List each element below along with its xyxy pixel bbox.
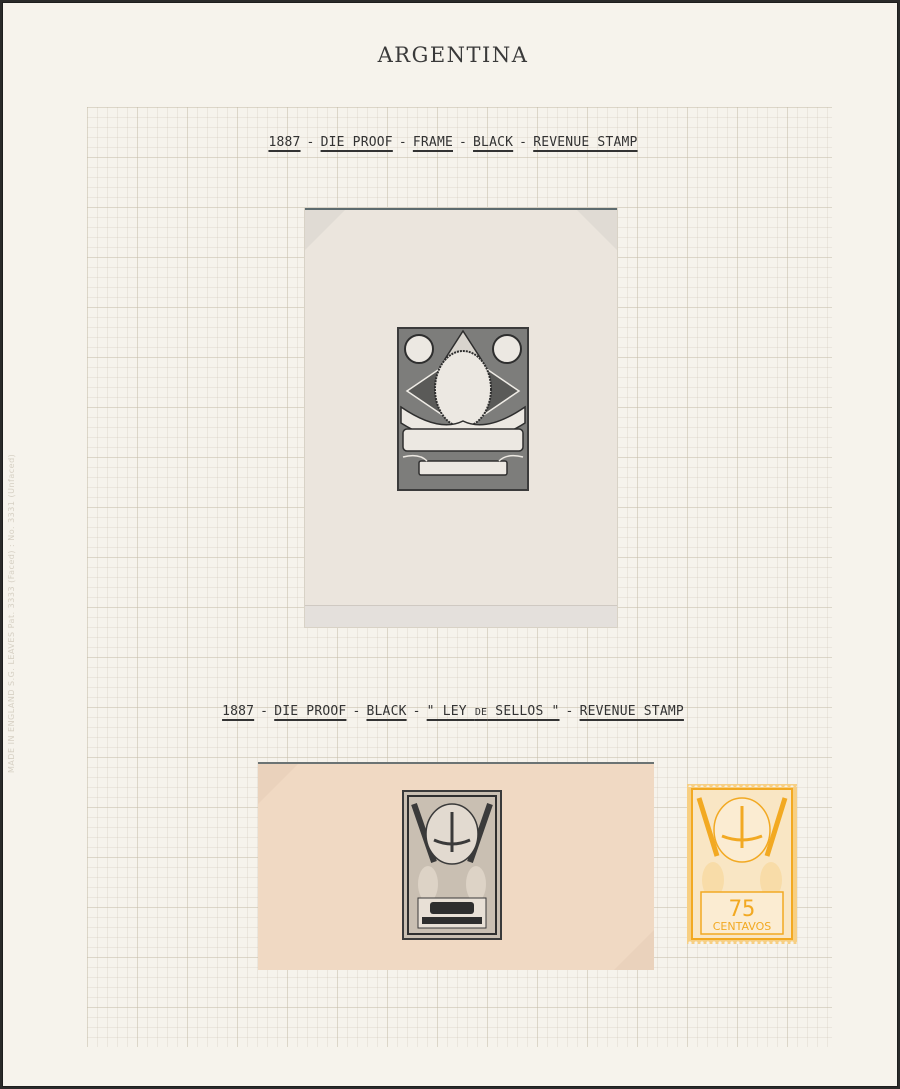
caption-year: 1887 bbox=[268, 135, 300, 150]
caption-year: 1887 bbox=[222, 704, 254, 719]
caption-ley-small: DE bbox=[475, 707, 487, 718]
mount-strip bbox=[305, 605, 617, 627]
revenue-stamp-75-centavos: 75 CENTAVOS bbox=[687, 784, 797, 944]
mount-corner-icon bbox=[614, 930, 654, 970]
ley-de-sellos-die-proof bbox=[402, 790, 502, 940]
caption-subject: " LEY DE SELLOS " bbox=[427, 704, 560, 719]
stamp-value: 75 bbox=[729, 897, 756, 922]
page-title: ARGENTINA bbox=[3, 43, 900, 67]
caption-ley-suffix: SELLOS " bbox=[487, 704, 559, 719]
frame-die-proof-card bbox=[305, 208, 617, 627]
stamp-unit: CENTAVOS bbox=[713, 920, 772, 933]
section-2-caption: 1887-DIE PROOF-BLACK-" LEY DE SELLOS "-R… bbox=[3, 704, 900, 719]
mount-corner-icon bbox=[258, 764, 298, 804]
section-1-caption: 1887-DIE PROOF-FRAME-BLACK-REVENUE STAMP bbox=[3, 135, 900, 150]
caption-type: DIE PROOF bbox=[321, 135, 393, 150]
margin-imprint: MADE IN ENGLAND S.G. LEAVES Pat. 3333 (F… bbox=[7, 454, 16, 773]
mount-corner-icon bbox=[577, 210, 617, 250]
ley-de-sellos-die-proof-card bbox=[258, 762, 654, 970]
frame-die-proof bbox=[397, 327, 529, 491]
caption-color: BLACK bbox=[473, 135, 513, 150]
caption-category: REVENUE STAMP bbox=[580, 704, 684, 719]
caption-category: REVENUE STAMP bbox=[533, 135, 637, 150]
caption-type: DIE PROOF bbox=[274, 704, 346, 719]
caption-color: BLACK bbox=[366, 704, 406, 719]
caption-subject: FRAME bbox=[413, 135, 453, 150]
caption-ley-prefix: " LEY bbox=[427, 704, 475, 719]
album-page: ARGENTINA MADE IN ENGLAND S.G. LEAVES Pa… bbox=[2, 2, 898, 1087]
mount-corner-icon bbox=[305, 210, 345, 250]
